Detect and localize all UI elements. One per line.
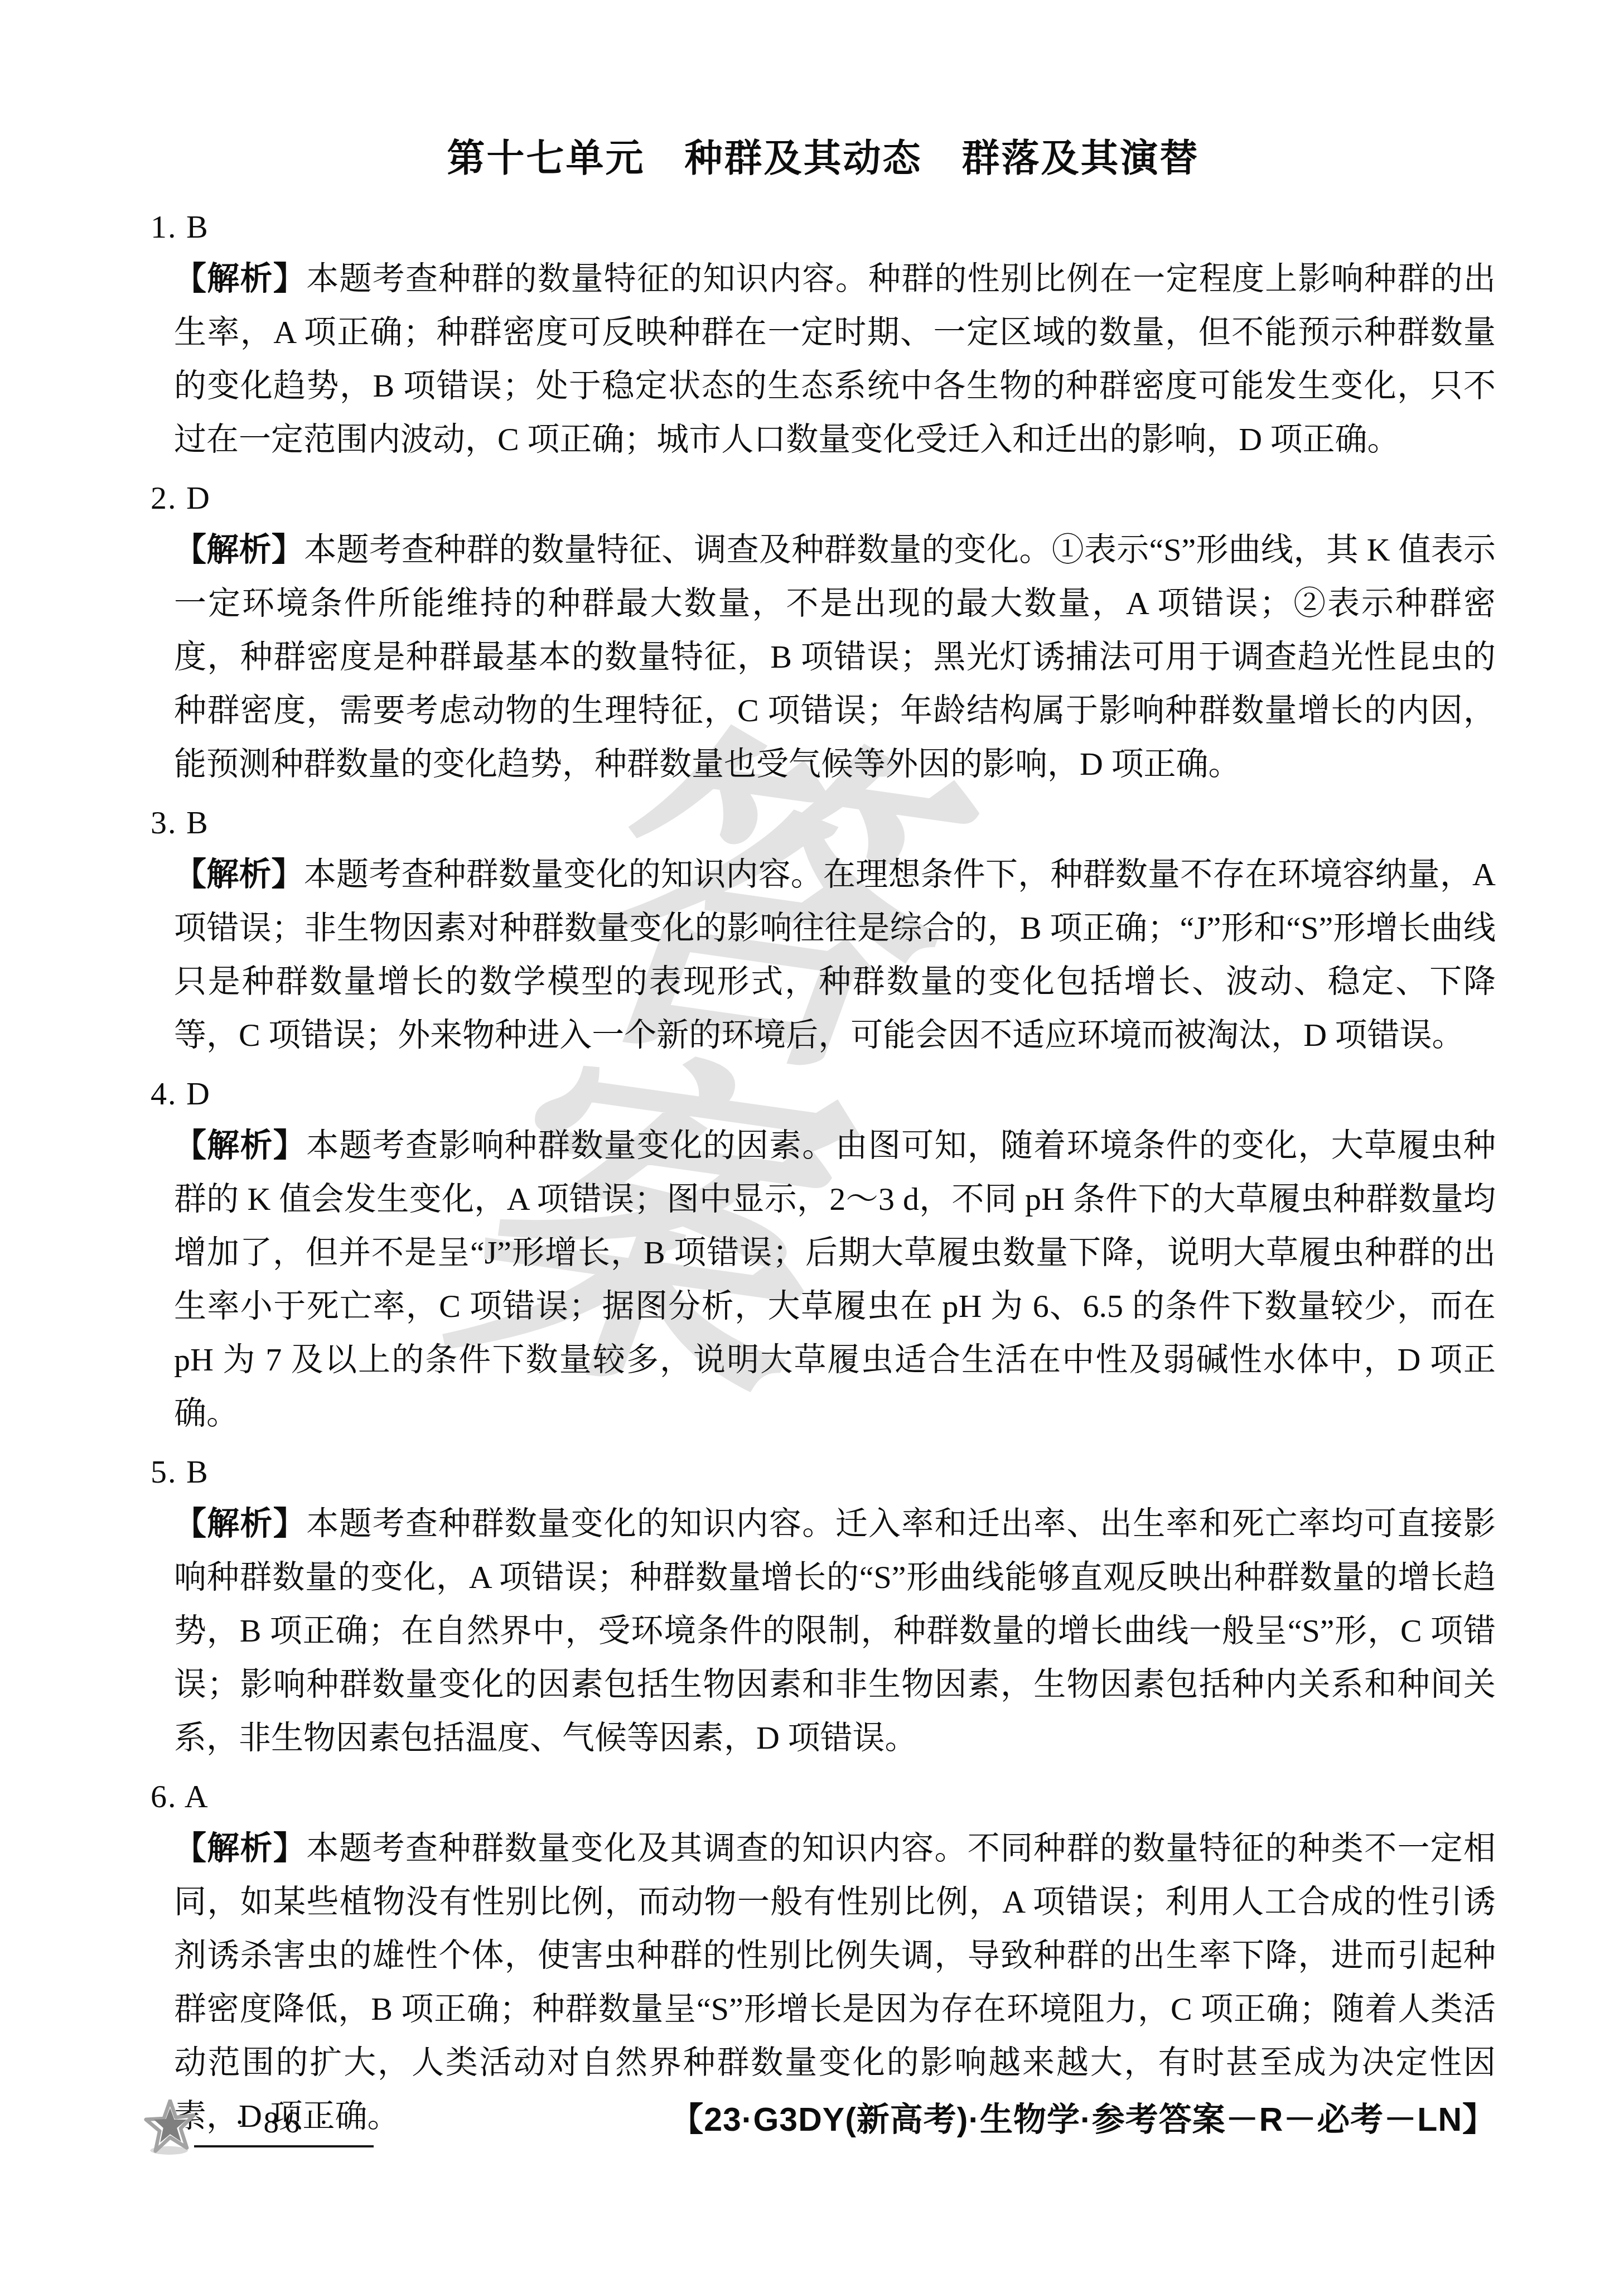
explanation-text: 本题考查种群数量变化的知识内容。迁入率和迁出率、出生率和死亡率均可直接影响种群数… (174, 1505, 1496, 1756)
analysis-marker: 【解析】 (174, 532, 304, 568)
analysis-marker: 【解析】 (174, 856, 304, 892)
explanation-paragraph: 【解析】本题考查种群的数量特征、调查及种群数量的变化。①表示“S”形曲线，其 K… (174, 523, 1496, 791)
answer-label: 4. D (151, 1069, 1496, 1119)
answer-item-5: 5. B 【解析】本题考查种群数量变化的知识内容。迁入率和迁出率、出生率和死亡率… (151, 1447, 1496, 1765)
explanation-paragraph: 【解析】本题考查种群的数量特征的知识内容。种群的性别比例在一定程度上影响种群的出… (174, 252, 1496, 466)
explanation-text: 本题考查影响种群数量变化的因素。由图可知，随着环境条件的变化，大草履虫种群的 K… (174, 1127, 1496, 1431)
answer-item-6: 6. A 【解析】本题考查种群数量变化及其调查的知识内容。不同种群的数量特征的种… (151, 1772, 1496, 2143)
page-number-underline (194, 2145, 374, 2147)
answer-item-4: 4. D 【解析】本题考查影响种群数量变化的因素。由图可知，随着环境条件的变化，… (151, 1069, 1496, 1440)
paper-id-label: 【23·G3DY(新高考)·生物学·参考答案－R－必考－LN】 (670, 2099, 1496, 2140)
analysis-marker: 【解析】 (174, 1830, 306, 1866)
answer-label: 3. B (151, 798, 1496, 848)
answer-label: 1. B (151, 202, 1496, 252)
answer-item-3: 3. B 【解析】本题考查种群数量变化的知识内容。在理想条件下，种群数量不存在环… (151, 798, 1496, 1062)
explanation-paragraph: 【解析】本题考查种群数量变化的知识内容。迁入率和迁出率、出生率和死亡率均可直接影… (174, 1497, 1496, 1765)
explanation-text: 本题考查种群数量变化及其调查的知识内容。不同种群的数量特征的种类不一定相同，如某… (174, 1830, 1496, 2134)
explanation-text: 本题考查种群的数量特征、调查及种群数量的变化。①表示“S”形曲线，其 K 值表示… (174, 532, 1496, 782)
analysis-marker: 【解析】 (174, 260, 306, 297)
answer-sheet: 第十七单元 种群及其动态 群落及其演替 1. B 【解析】本题考查种群的数量特征… (151, 135, 1496, 2143)
answer-label: 2. D (151, 473, 1496, 523)
explanation-text: 本题考查种群的数量特征的知识内容。种群的性别比例在一定程度上影响种群的出生率，A… (174, 260, 1496, 457)
page-footer: · 86 · 【23·G3DY(新高考)·生物学·参考答案－R－必考－LN】 (0, 2095, 1624, 2173)
explanation-paragraph: 【解析】本题考查影响种群数量变化的因素。由图可知，随着环境条件的变化，大草履虫种… (174, 1119, 1496, 1440)
explanation-text: 本题考查种群数量变化的知识内容。在理想条件下，种群数量不存在环境容纳量，A 项错… (174, 856, 1496, 1053)
analysis-marker: 【解析】 (174, 1505, 306, 1542)
answer-item-2: 2. D 【解析】本题考查种群的数量特征、调查及种群数量的变化。①表示“S”形曲… (151, 473, 1496, 791)
answer-label: 5. B (151, 1447, 1496, 1497)
explanation-paragraph: 【解析】本题考查种群数量变化的知识内容。在理想条件下，种群数量不存在环境容纳量，… (174, 848, 1496, 1062)
page-number: · 86 · (195, 2103, 374, 2142)
star-logo-icon (144, 2099, 196, 2158)
answer-item-1: 1. B 【解析】本题考查种群的数量特征的知识内容。种群的性别比例在一定程度上影… (151, 202, 1496, 466)
analysis-marker: 【解析】 (174, 1127, 306, 1164)
unit-title: 第十七单元 种群及其动态 群落及其演替 (151, 135, 1496, 182)
answer-label: 6. A (151, 1772, 1496, 1822)
